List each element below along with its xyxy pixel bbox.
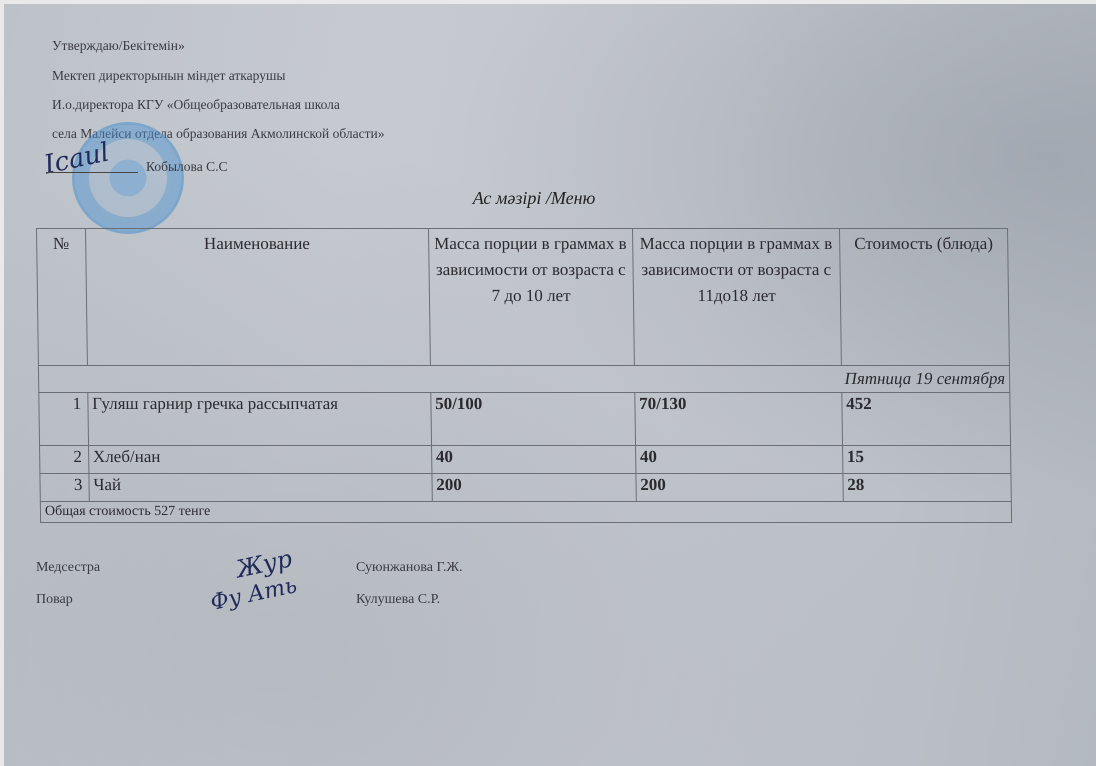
- col-header-mass-11-18: Масса порции в граммах в зависимости от …: [632, 229, 841, 366]
- table-header-row: № Наименование Масса порции в граммах в …: [37, 229, 1010, 366]
- row-mass-7-10: 200: [432, 474, 636, 502]
- day-row: Пятница 19 сентября: [38, 366, 1009, 393]
- table-row: 1 Гуляш гарнир гречка рассыпчатая 50/100…: [39, 393, 1011, 446]
- row-mass-11-18: 200: [636, 474, 843, 502]
- row-name: Чай: [89, 474, 432, 502]
- table-row: 2 Хлеб/нан 40 40 15: [40, 446, 1011, 474]
- document-page: Утверждаю/Бекітемін» Мектеп директорынын…: [4, 4, 1096, 766]
- approval-signatory: Кобылова С.С: [146, 159, 227, 175]
- total-cost: Общая стоимость 527 тенге: [40, 502, 1011, 523]
- row-mass-11-18: 40: [635, 446, 842, 474]
- col-header-num: №: [37, 229, 88, 366]
- approval-line-2: Мектеп директорынын міндет аткарушы: [52, 68, 285, 84]
- menu-table: № Наименование Масса порции в граммах в …: [36, 228, 1012, 523]
- signature-name-nurse: Суюнжанова Г.Ж.: [356, 560, 463, 576]
- row-name: Хлеб/нан: [88, 446, 431, 474]
- approval-line-1: Утверждаю/Бекітемін»: [52, 38, 185, 54]
- signature-name-cook: Кулушева С.Р.: [356, 592, 440, 608]
- row-mass-11-18: 70/130: [635, 393, 843, 446]
- row-cost: 452: [842, 393, 1011, 446]
- signature-role-nurse: Медсестра: [36, 560, 100, 576]
- row-cost: 15: [842, 446, 1011, 474]
- document-title: Ас мәзірі /Меню: [4, 188, 1064, 209]
- row-num: 1: [39, 393, 89, 446]
- col-header-cost: Стоимость (блюда): [839, 229, 1009, 366]
- total-row: Общая стоимость 527 тенге: [40, 502, 1011, 523]
- col-header-name: Наименование: [85, 229, 430, 366]
- official-stamp-icon: [72, 122, 184, 234]
- row-num: 3: [40, 474, 89, 502]
- row-mass-7-10: 50/100: [430, 393, 635, 446]
- table-row: 3 Чай 200 200 28: [40, 474, 1011, 502]
- approval-line-3: И.о.директора КГУ «Общеобразовательная ш…: [52, 97, 340, 113]
- signature-role-cook: Повар: [36, 592, 73, 608]
- signature-underline: [46, 172, 138, 173]
- row-num: 2: [40, 446, 89, 474]
- row-cost: 28: [843, 474, 1012, 502]
- day-label: Пятница 19 сентября: [38, 366, 1009, 393]
- row-name: Гуляш гарнир гречка рассыпчатая: [88, 393, 432, 446]
- row-mass-7-10: 40: [431, 446, 635, 474]
- col-header-mass-7-10: Масса порции в граммах в зависимости от …: [428, 229, 634, 366]
